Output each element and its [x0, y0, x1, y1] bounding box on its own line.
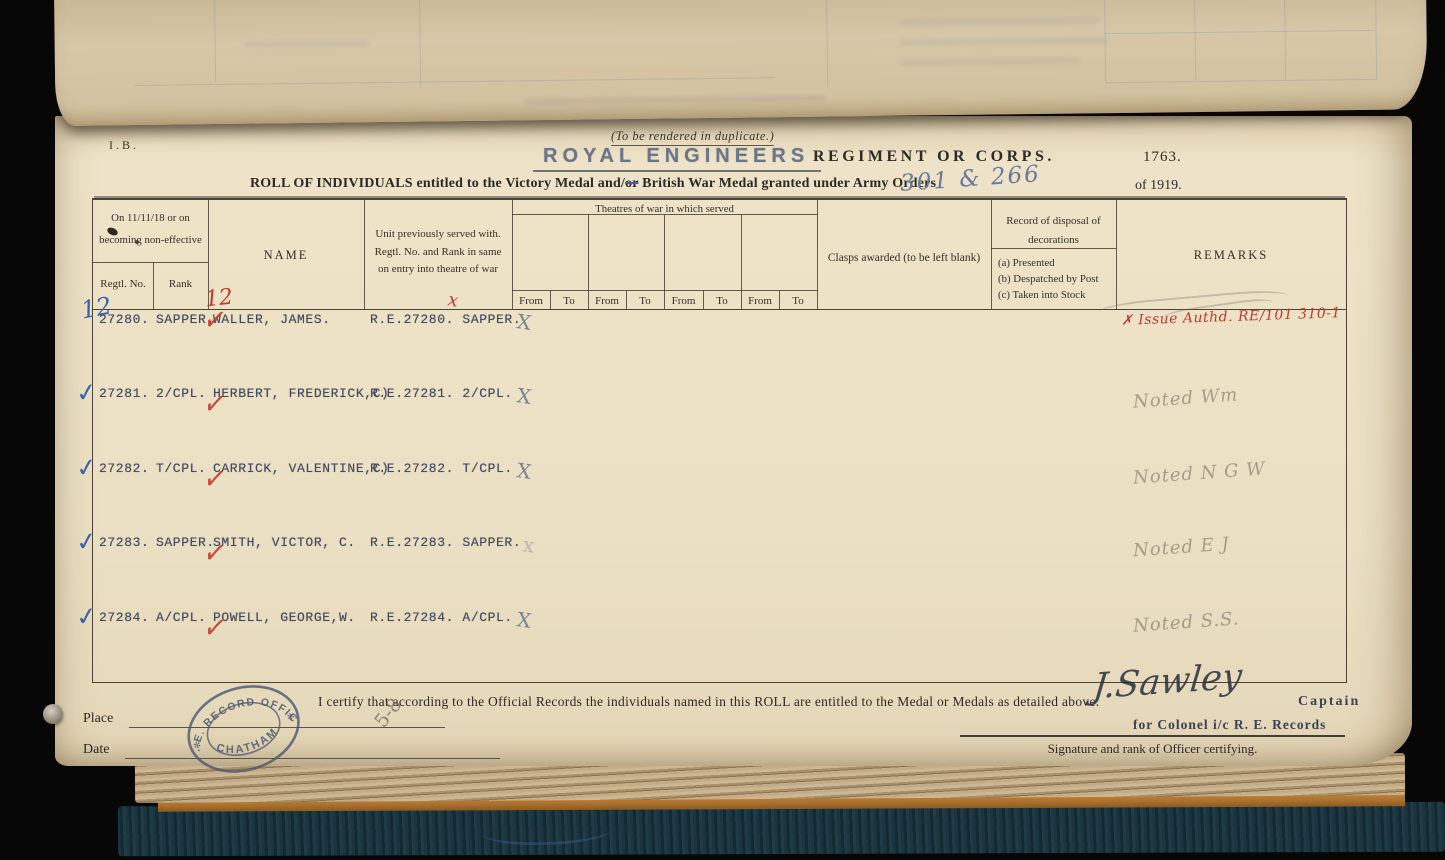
book-scan: I.B. (To be rendered in duplicate.) ROYA…	[0, 0, 1445, 860]
header-regtl-no: Regtl. No.	[93, 276, 153, 293]
ghost-rule	[826, 0, 828, 87]
header-from: From	[512, 293, 550, 310]
medal-roll-page: I.B. (To be rendered in duplicate.) ROYA…	[55, 116, 1412, 766]
name-cell: SMITH, VICTOR, C.	[213, 535, 356, 550]
blue-check-mark: ✓	[74, 377, 99, 409]
regiment-name-stamp: ROYAL ENGINEERS	[543, 145, 809, 168]
ghost-text-blur	[900, 57, 1080, 65]
signature-caption: Signature and rank of Officer certifying…	[960, 741, 1345, 757]
ghost-title-blur	[525, 95, 825, 105]
ghost-text-blur	[900, 37, 1110, 46]
unit-cell: R.E.27284. A/CPL.	[370, 610, 513, 625]
ghost-rule	[135, 77, 775, 86]
header-to: To	[703, 293, 741, 310]
theatre-x-mark: X	[515, 309, 532, 335]
rank-cell: 2/CPL.	[156, 386, 206, 401]
header-theatres: Theatres of war in which served	[512, 201, 817, 217]
header-disposal-b: (b) Despatched by Post	[998, 271, 1116, 287]
remark-pencil: Noted S.S.	[1132, 608, 1240, 636]
header-to: To	[550, 293, 588, 310]
name-cell: HERBERT, FREDERICK,C)	[213, 386, 389, 401]
header-rule	[364, 200, 365, 310]
header-from: From	[664, 293, 703, 310]
header-from: From	[741, 293, 779, 310]
table-body: 27280. SAPPER. WALLER, JAMES. R.E.27280.…	[93, 310, 1346, 682]
theatre-x-mark: x	[521, 533, 536, 558]
rank-cell: A/CPL.	[156, 610, 206, 625]
date-rule	[125, 758, 500, 759]
certification-statement: I certify that according to the Official…	[318, 694, 1099, 710]
regtl-no-cell: 27283.	[99, 535, 149, 550]
unit-cell: R.E.27281. 2/CPL.	[370, 386, 513, 401]
header-unit: Unit previously served with. Regtl. No. …	[369, 226, 507, 279]
place-label: Place	[83, 711, 113, 727]
year-note: of 1919.	[1135, 178, 1182, 194]
ghost-text-blur	[899, 17, 1099, 25]
ghost-grid	[1104, 0, 1377, 83]
rank-stamp-captain: Captain	[1298, 694, 1360, 710]
ghost-rule	[419, 0, 421, 88]
table-row: ✓ 27281. 2/CPL. HERBERT, FREDERICK,C) R.…	[93, 384, 1346, 458]
army-orders-handwritten: 301 & 266	[899, 161, 1041, 197]
table-body-entries: 27280. SAPPER. WALLER, JAMES. R.E.27280.…	[93, 310, 1346, 682]
header-disposal-c: (c) Taken into Stock	[998, 287, 1116, 303]
roll-title-pre: ROLL OF INDIVIDUALS entitled to the Vict…	[250, 176, 625, 191]
regtl-no-cell: 27282.	[99, 461, 149, 476]
unit-cell: R.E.27283. SAPPER.	[370, 535, 521, 550]
header-rule	[93, 262, 208, 263]
svg-text:CHATHAM: CHATHAM	[212, 724, 283, 764]
roll-title-struck-word: or	[625, 176, 638, 191]
header-name: NAME	[208, 246, 364, 265]
header-disposal-a: (a) Presented	[998, 255, 1116, 271]
blue-check-mark: ✓	[74, 526, 99, 558]
name-cell: CARRICK, VALENTINE,C)	[213, 461, 389, 476]
duplicate-instruction: (To be rendered in duplicate.)	[611, 129, 774, 146]
signature-rule	[960, 735, 1345, 737]
theatre-x-mark: X	[515, 607, 532, 633]
ghost-rule	[214, 0, 216, 82]
blue-check-mark: ✓	[74, 600, 99, 632]
previous-page-leaf	[54, 0, 1428, 126]
medal-roll-table: On 11/11/18 or on becoming non-effective…	[92, 198, 1347, 683]
remark-pencil: Noted E J	[1132, 534, 1230, 562]
header-remarks: REMARKS	[1116, 246, 1346, 265]
header-to: To	[779, 293, 817, 310]
table-header: On 11/11/18 or on becoming non-effective…	[93, 200, 1346, 310]
form-corner-mark: I.B.	[109, 138, 139, 153]
remark-pencil: Noted N G W	[1132, 458, 1266, 488]
for-colonel-stamp: for Colonel i/c R. E. Records	[1133, 717, 1326, 733]
unit-cell: R.E.27282. T/CPL.	[370, 461, 513, 476]
name-cell: POWELL, GEORGE,W.	[213, 610, 356, 625]
header-from: From	[588, 293, 626, 310]
name-cell: WALLER, JAMES.	[213, 312, 331, 327]
date-label: Date	[83, 742, 109, 758]
theatre-x-mark: X	[515, 458, 532, 484]
table-row: ✓ 27282. T/CPL. CARRICK, VALENTINE,C) R.…	[93, 459, 1346, 533]
header-clasps: Clasps awarded (to be left blank)	[824, 250, 984, 267]
header-rule	[991, 200, 992, 310]
stamp-arc-bottom: CHATHAM	[212, 724, 283, 764]
header-to: To	[626, 293, 664, 310]
roll-title-post: British War Medal granted under Army Ord…	[638, 176, 936, 191]
table-row: 27280. SAPPER. WALLER, JAMES. R.E.27280.…	[93, 310, 1346, 384]
regtl-no-cell: 27281.	[99, 386, 149, 401]
unit-cell: R.E.27280. SAPPER.	[370, 312, 521, 327]
header-rank: Rank	[153, 276, 208, 293]
regtl-no-cell: 27284.	[99, 610, 149, 625]
remark-pencil: Noted Wm	[1132, 385, 1239, 413]
regiment-underline	[533, 170, 821, 172]
theatre-x-mark: X	[515, 384, 532, 410]
header-rule	[817, 200, 818, 310]
blue-check-mark: ✓	[74, 451, 99, 483]
roll-title-line: ROLL OF INDIVIDUALS entitled to the Vict…	[250, 176, 936, 192]
ghost-text-blur	[245, 40, 370, 48]
header-disposal-title: Record of disposal of decorations	[993, 212, 1114, 249]
regtl-no-cell: 27280.	[99, 312, 149, 327]
roll-sheet-number: 1763.	[1143, 149, 1182, 166]
table-row: ✓ 27283. SAPPER. SMITH, VICTOR, C. R.E.2…	[93, 533, 1346, 607]
ink-speck	[135, 240, 139, 244]
rank-cell: T/CPL.	[156, 461, 206, 476]
binder-eyelet	[43, 704, 63, 724]
